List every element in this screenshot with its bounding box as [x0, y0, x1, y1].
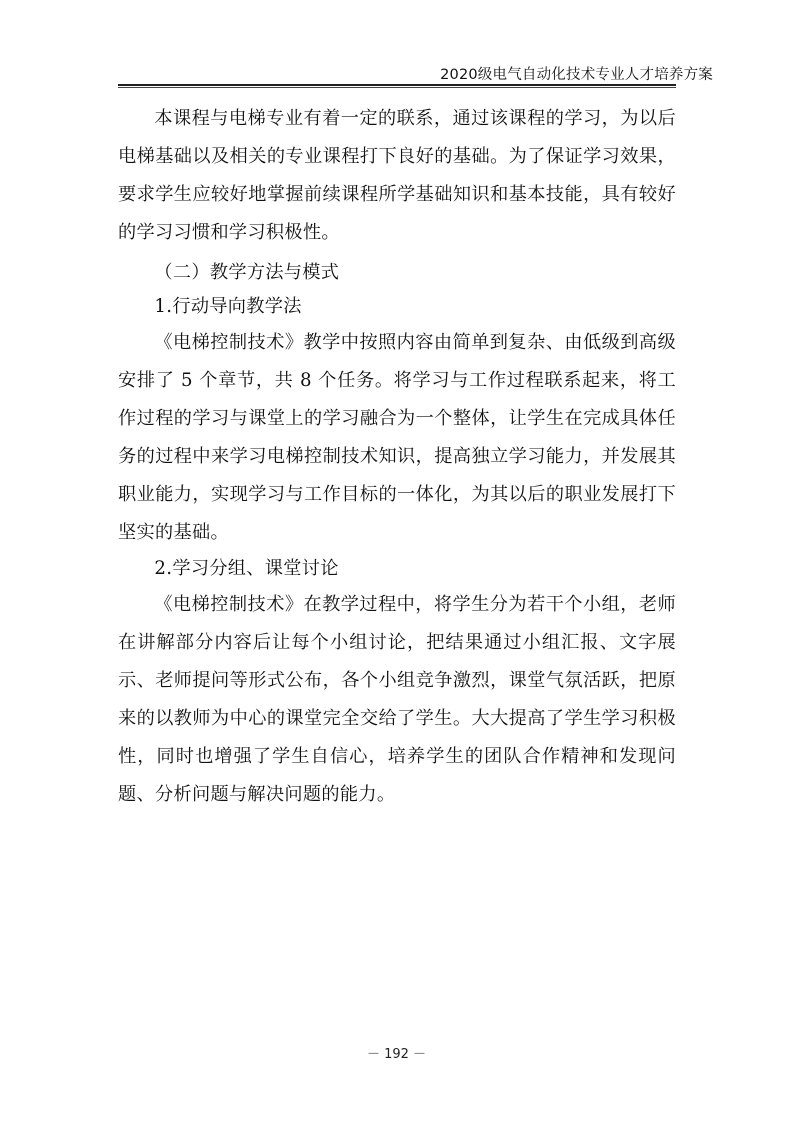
- subsection-heading-2: 2.学习分组、课堂讨论: [118, 552, 676, 586]
- document-body: 本课程与电梯专业有着一定的联系，通过该课程的学习，为以后电梯基础以及相关的专业课…: [118, 100, 676, 814]
- header-rule-thin: [118, 87, 676, 88]
- intro-paragraph: 本课程与电梯专业有着一定的联系，通过该课程的学习，为以后电梯基础以及相关的专业课…: [118, 100, 676, 252]
- subsection-paragraph-1: 《电梯控制技术》教学中按照内容由简单到复杂、由低级到高级安排了 5 个章节，共 …: [118, 324, 676, 552]
- header-rule: [118, 84, 676, 88]
- header-title: 2020级电气自动化技术专业人才培养方案: [440, 63, 713, 84]
- page-number: － 192 －: [0, 1043, 793, 1062]
- section-heading: （二）教学方法与模式: [118, 256, 676, 290]
- subsection-paragraph-2: 《电梯控制技术》在教学过程中，将学生分为若干个小组，老师在讲解部分内容后让每个小…: [118, 586, 676, 814]
- subsection-heading-1: 1.行动导向教学法: [118, 290, 676, 324]
